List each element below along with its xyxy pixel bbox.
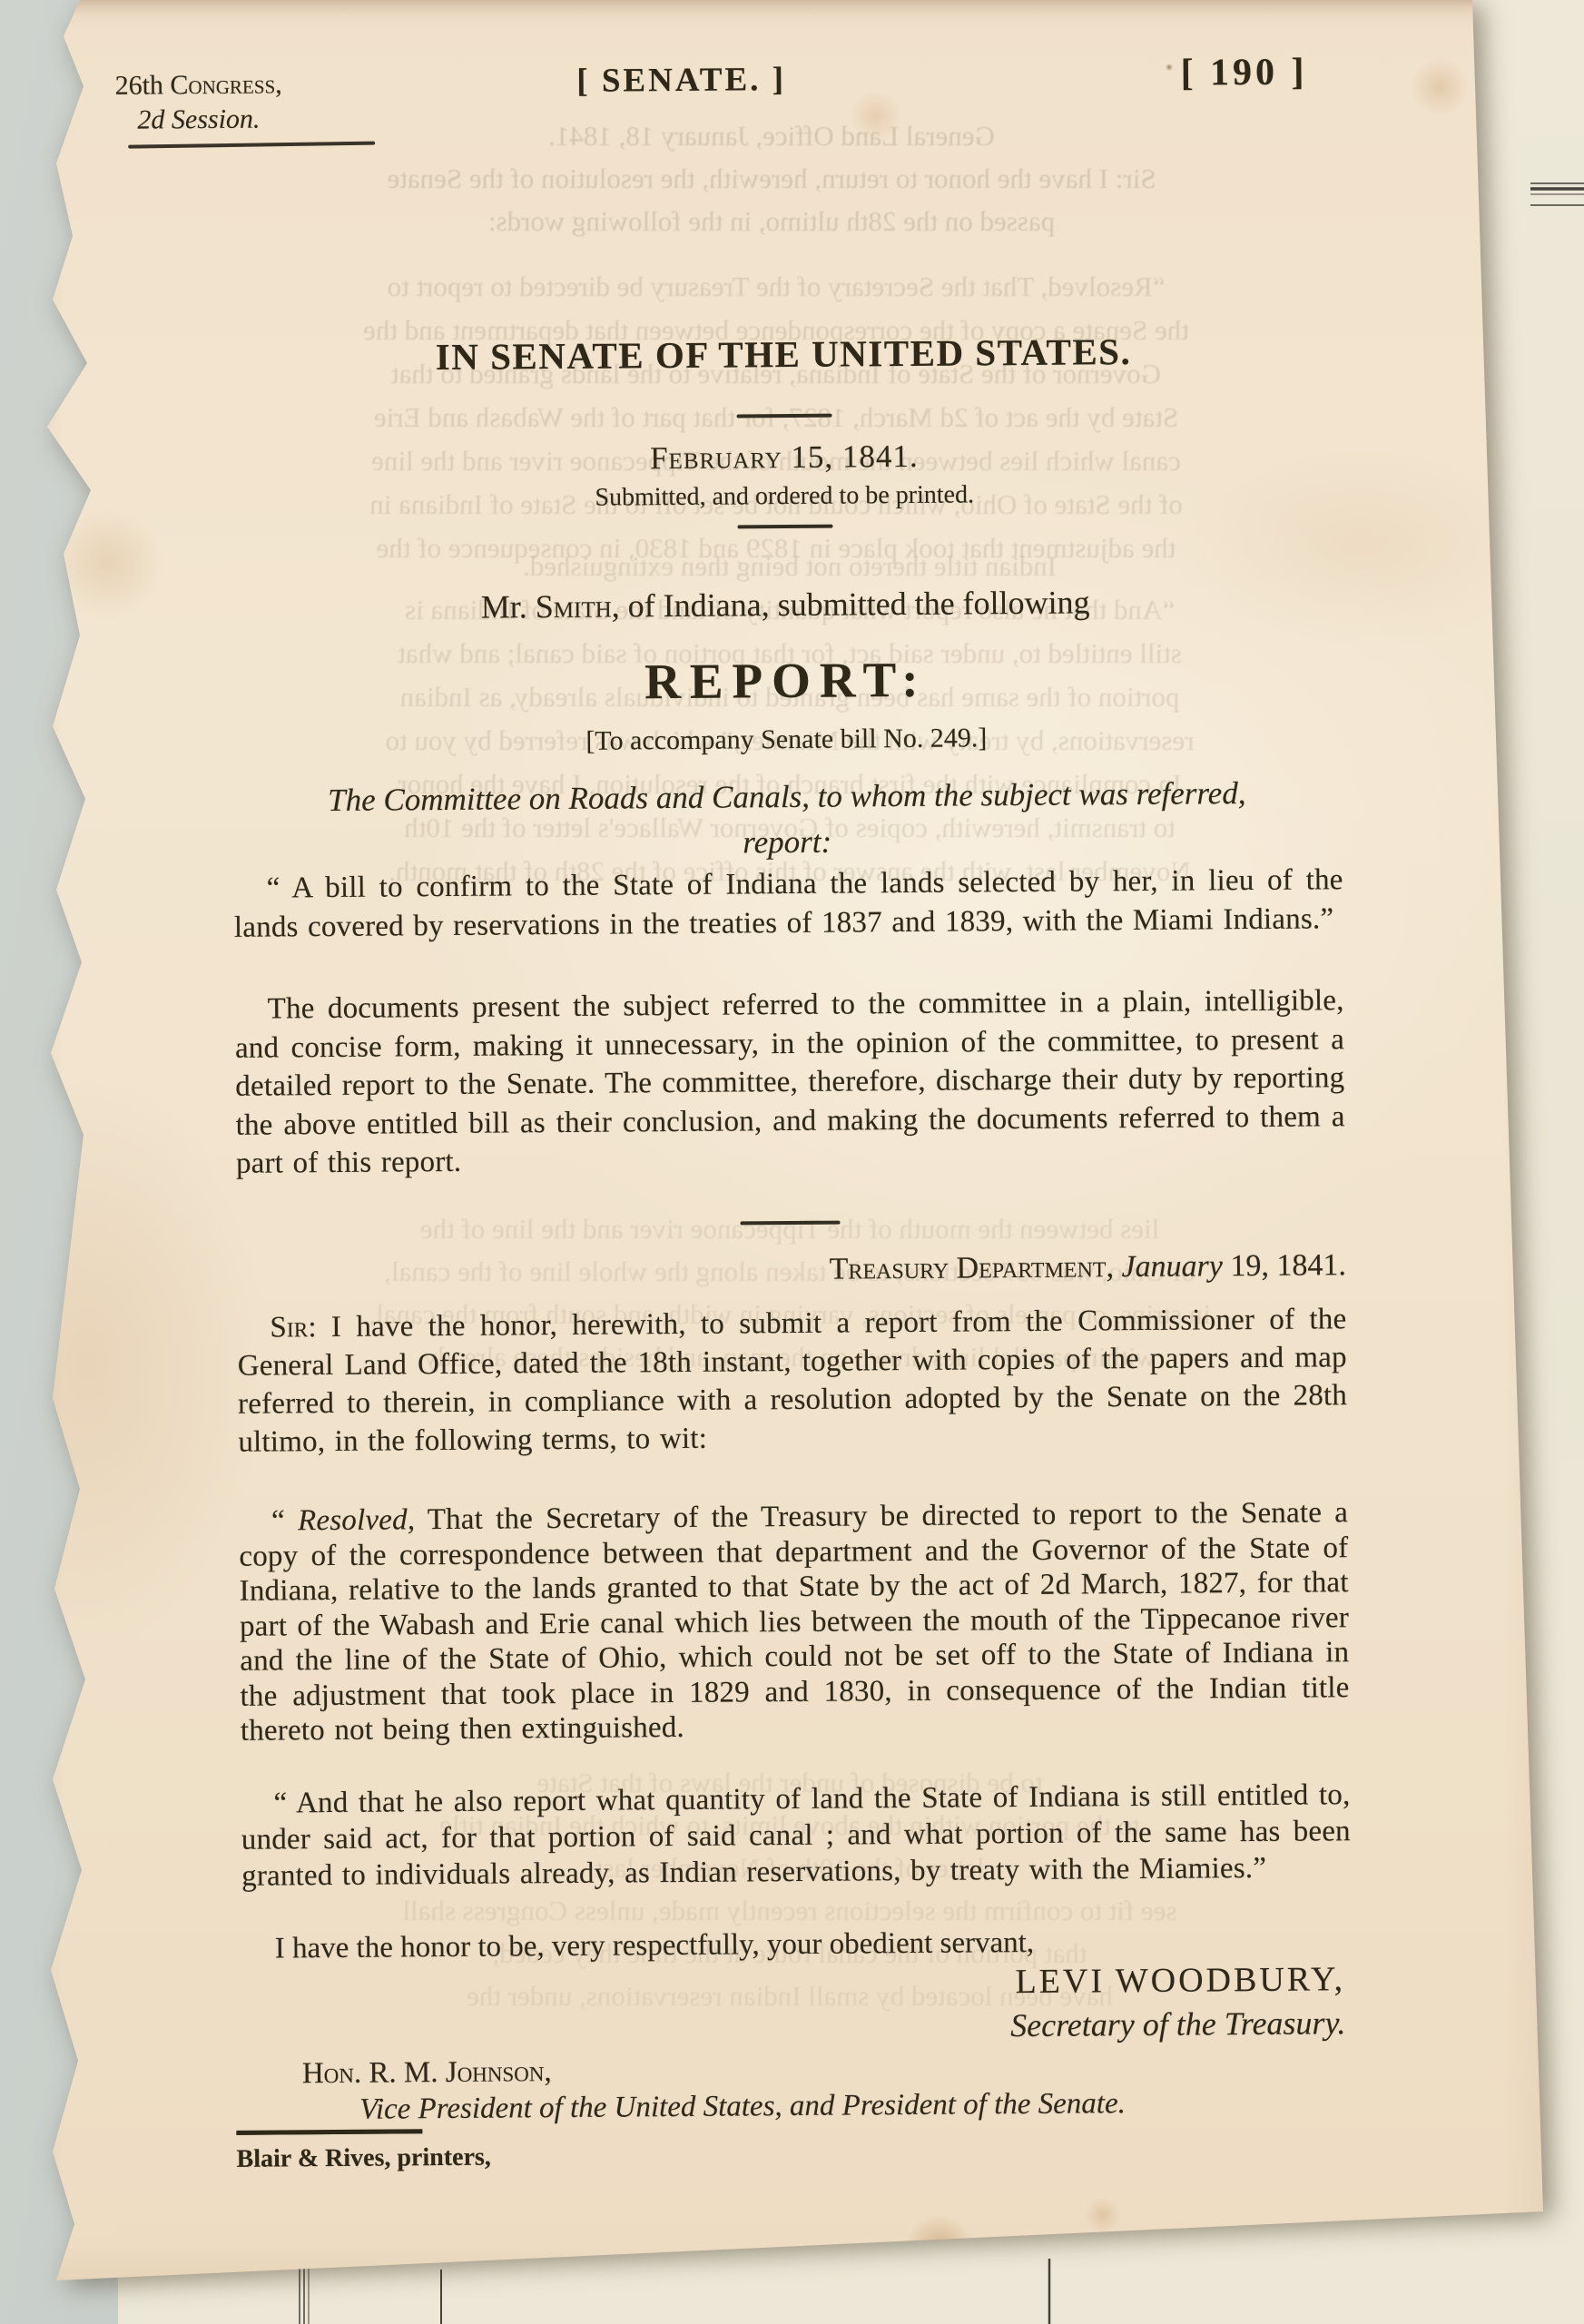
signature-name: LEVI WOODBURY,: [242, 1959, 1345, 2008]
submitter-name: Smith: [536, 588, 612, 625]
committee-report-word: report:: [233, 820, 1341, 865]
separator-dash: [737, 525, 832, 529]
resolved-word: Resolved,: [298, 1503, 415, 1537]
chamber-label: [ SENATE. ]: [536, 60, 826, 102]
congress-session-header: 26th Congress, 2d Session.: [108, 67, 290, 138]
document-title: IN SENATE OF THE UNITED STATES.: [230, 328, 1337, 380]
report-page-wrap: General Land Office, January 18, 1841. S…: [0, 0, 1584, 2324]
signature-title: Secretary of the Treasury.: [242, 2004, 1345, 2051]
accompany-line: [To accompany Senate bill No. 249.]: [232, 720, 1340, 760]
document-number: [ 190 ]: [1144, 50, 1343, 95]
paragraph-resolved: “ Resolved, That the Secretary of the Tr…: [239, 1495, 1350, 1748]
session-label: 2d Session.: [137, 104, 260, 135]
printed-order-line: Submitted, and ordered to be printed.: [231, 478, 1338, 516]
treasury-dateline: Treasury Department, January 19, 1841.: [237, 1248, 1346, 1292]
paragraph-bill-quote: “ A bill to confirm to the State of Indi…: [233, 861, 1343, 948]
header-rule: [128, 142, 375, 149]
treasury-dept: Treasury Department,: [829, 1250, 1114, 1285]
separator-dash: [737, 414, 832, 419]
printer-rule: [236, 2129, 422, 2135]
resolved-open-quote: “: [271, 1504, 298, 1537]
date-line: February 15, 1841.: [231, 435, 1338, 480]
paragraph-documents: The documents present the subject referr…: [234, 981, 1345, 1183]
treasury-date: 19, 1841.: [1223, 1248, 1346, 1283]
report-page: General Land Office, January 18, 1841. S…: [0, 0, 1584, 2324]
paragraph-and-that: “ And that he also report what quantity …: [241, 1777, 1351, 1895]
addressee-title: Vice President of the United States, and…: [359, 2087, 1126, 2127]
addressee-name: Hon. R. M. Johnson,: [302, 2055, 552, 2091]
printed-content: 26th Congress, 2d Session. [ SENATE. ] […: [0, 0, 1584, 2324]
congress-number: 26th: [115, 70, 171, 100]
scanned-document-photo: { "doc": { "header": { "congress_prefix"…: [0, 0, 1584, 2324]
sir-text: : I have the honor, herewith, to submit …: [238, 1303, 1348, 1459]
separator-dash: [741, 1221, 841, 1226]
paragraph-sir: Sir: I have the honor, herewith, to subm…: [237, 1300, 1347, 1462]
printer-line: Blair & Rives, printers,: [236, 2143, 490, 2174]
committee-line: The Committee on Roads and Canals, to wh…: [233, 774, 1341, 820]
submitted-prefix: Mr.: [481, 588, 536, 625]
treasury-month: January: [1114, 1249, 1223, 1284]
submitted-rest: , of Indiana, submitted the following: [612, 584, 1090, 624]
congress-word: Congress,: [170, 69, 281, 100]
sir-salutation: Sir: [270, 1311, 308, 1344]
report-heading: REPORT:: [232, 647, 1340, 714]
submitted-line: Mr. Smith, of Indiana, submitted the fol…: [231, 581, 1339, 628]
